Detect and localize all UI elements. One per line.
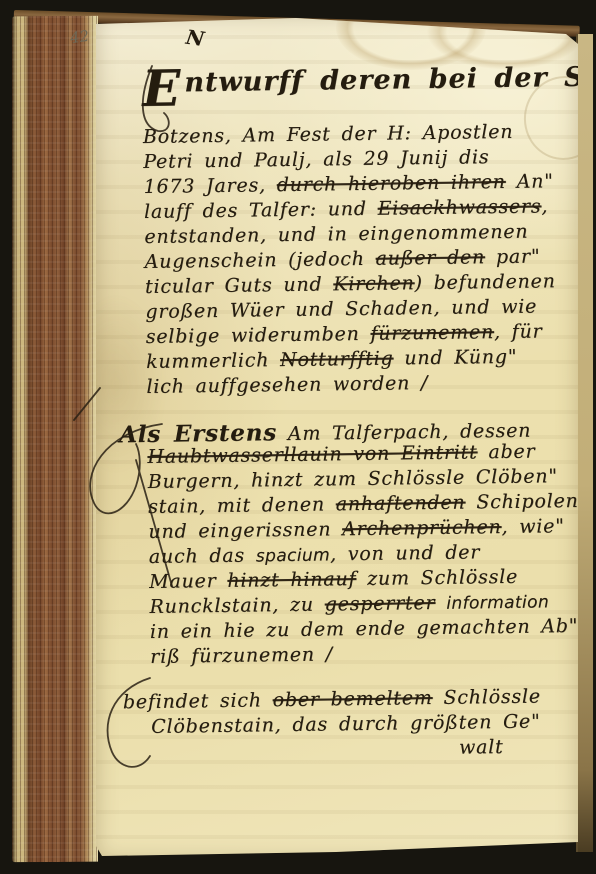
handwritten-text: , xyxy=(541,195,548,217)
struck-text: gesperrter xyxy=(325,592,436,616)
handwritten-text: Clöbenstain, das durch größten Ge" xyxy=(151,711,541,738)
handwritten-text: in ein hie zu dem ende gemachten Ab" xyxy=(150,615,579,643)
handwritten-text: An" xyxy=(506,170,554,193)
text-block: Entwurff deren bei der Statt xyxy=(142,62,575,120)
handwritten-text: lich auffgesehen worden / xyxy=(146,372,428,398)
struck-text: durch hieroben ihren xyxy=(277,171,506,196)
struck-text: Eisackhwassers xyxy=(377,195,541,219)
book-binding-edge xyxy=(12,16,98,863)
handwritten-text: Botzens, Am Fest der H: Apostlen xyxy=(143,121,514,148)
manuscript-text: Entwurff deren bei der StattBotzens, Am … xyxy=(142,62,584,766)
handwritten-text: 1673 Jares, xyxy=(144,174,277,198)
struck-text: Kirchen xyxy=(333,272,415,295)
handwritten-text: E xyxy=(142,58,182,118)
handwritten-text: , wie" xyxy=(501,515,565,538)
struck-text: anhaftenden xyxy=(336,492,466,516)
handwritten-text: , für xyxy=(494,320,543,343)
struck-text: hinzt hinauf xyxy=(227,568,356,592)
manuscript-page: Entwurff deren bei der StattBotzens, Am … xyxy=(96,14,578,860)
manuscript-line: walt xyxy=(151,735,583,766)
next-page-edge xyxy=(576,34,593,852)
text-block: Als Erstens Am Talferpach, dessenHaubtwa… xyxy=(147,415,582,671)
handwritten-text xyxy=(435,592,446,614)
handwritten-text: Runcklstain, zu xyxy=(149,594,324,618)
handwritten-text: großen Wüer und Schaden, und wie xyxy=(145,296,537,323)
handwritten-text: Petri und Paulj, als 29 Junij dis xyxy=(143,146,489,173)
text-block: befindet sich ober bemeltem SchlössleClö… xyxy=(151,685,584,766)
handwritten-text: selbige widerumben xyxy=(146,323,371,348)
struck-text: Archenprüchen xyxy=(342,516,502,540)
handwritten-text: Augenschein (jedoch xyxy=(145,248,376,273)
manuscript-line: Entwurff deren bei der Statt xyxy=(142,62,575,120)
text-block: Botzens, Am Fest der H: ApostlenPetri un… xyxy=(143,120,579,401)
manuscript-line: riß fürzunemen / xyxy=(150,640,582,671)
handwritten-text: ) befundenen xyxy=(414,270,555,294)
handwritten-text: ntwurff deren bei der Statt xyxy=(184,61,596,98)
handwritten-text: kummerlich xyxy=(146,349,280,373)
handwritten-text: aber xyxy=(477,441,535,464)
handwritten-text: stain, mit denen xyxy=(148,493,336,518)
water-stain xyxy=(426,0,586,70)
struck-text: Haubtwasserllauin von Eintritt xyxy=(147,441,477,468)
handwritten-text: Mauer xyxy=(149,570,227,593)
handwritten-text: Schipolen xyxy=(465,490,578,514)
handwritten-text: und eingerissnen xyxy=(148,518,342,543)
handwritten-text: befindet sich xyxy=(123,689,273,713)
pen-mark: N xyxy=(184,25,205,51)
struck-text: fürzunemen xyxy=(370,321,494,345)
handwritten-text: riß fürzunemen / xyxy=(150,643,333,668)
struck-text: Notturfftig xyxy=(280,348,394,372)
handwritten-text: entstanden, und in eingenommenen xyxy=(144,221,528,248)
handwritten-text: par" xyxy=(485,245,541,268)
handwritten-text: Burgern, hinzt zum Schlössle Clöben" xyxy=(148,465,558,493)
scanned-manuscript: Entwurff deren bei der StattBotzens, Am … xyxy=(0,0,596,874)
handwritten-text: lauff des Talfer: und xyxy=(144,198,378,223)
handwritten-text: und Küng" xyxy=(393,346,517,370)
handwritten-text: auch das xyxy=(149,544,256,567)
handwritten-text: information xyxy=(446,592,549,613)
struck-text: außer den xyxy=(375,246,485,270)
struck-text: ober bemeltem xyxy=(272,687,432,711)
handwritten-text: zum Schlössle xyxy=(356,566,518,590)
water-stain xyxy=(336,0,486,70)
handwritten-text: ticular Guts und xyxy=(145,273,334,298)
handwritten-text: , von und der xyxy=(330,541,480,565)
handwritten-text: walt xyxy=(459,736,504,759)
handwritten-text: Schlössle xyxy=(432,685,541,709)
manuscript-line: lich auffgesehen worden / xyxy=(146,370,578,401)
handwritten-text: spacium xyxy=(256,545,331,566)
folio-number: 42 xyxy=(69,27,90,47)
